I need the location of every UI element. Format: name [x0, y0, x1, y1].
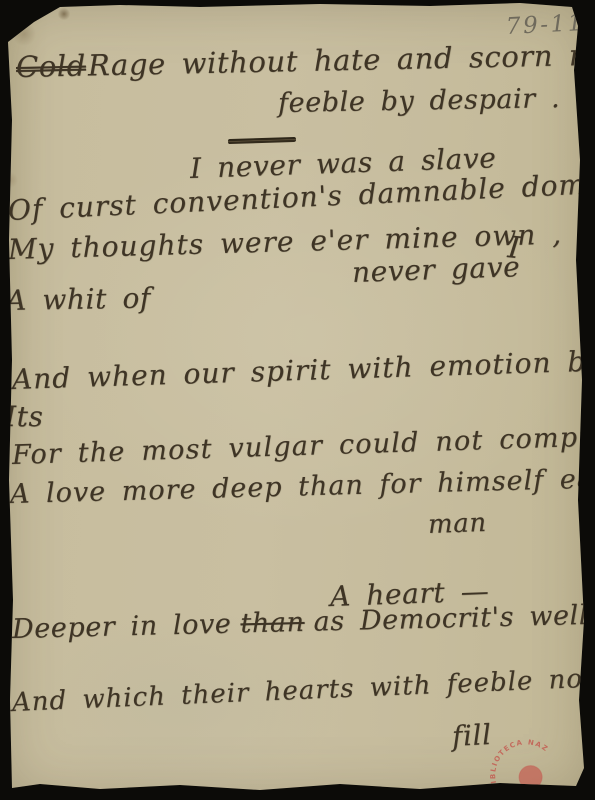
stamp-seal: [517, 763, 545, 791]
manuscript-line: Deeper in lovethanas Democrit's well: [12, 600, 589, 645]
manuscript-line: ColdRage without hate and scorn made: [16, 37, 595, 84]
crossed-out-word: than: [240, 607, 305, 640]
line-text: Rage without hate and scorn made: [88, 37, 595, 83]
line-text: as Democrit's well: [313, 600, 588, 638]
manuscript-line: Its: [5, 400, 43, 433]
manuscript-line: A whit of: [6, 281, 151, 317]
manuscript-line: A love more deep than for himself each: [10, 463, 595, 510]
manuscript-line: never gave: [351, 250, 520, 289]
stamp-arc-text: BIBLIOTECA NAZ: [481, 732, 557, 792]
crossed-out-word: Cold: [16, 49, 87, 84]
manuscript-paper: 79-11 ColdRage without hate and scorn ma…: [0, 0, 595, 800]
manuscript-line: feeble by despair .: [278, 83, 561, 119]
manuscript-line: And which their hearts with feeble nothi…: [11, 660, 595, 718]
manuscript-line: And when our spirit with emotion bends: [11, 343, 595, 396]
section-divider: [228, 137, 296, 144]
archival-number: 79-11: [505, 10, 585, 40]
svg-text:BIBLIOTECA NAZ: BIBLIOTECA NAZ: [481, 732, 557, 792]
line-text: Deeper in love: [12, 609, 232, 645]
manuscript-line: For the most vulgar could not comprehend: [12, 419, 595, 471]
scanned-manuscript: 79-11 ColdRage without hate and scorn ma…: [0, 0, 595, 800]
manuscript-line: man: [427, 508, 487, 540]
library-stamp: BIBLIOTECA NAZ: [480, 727, 573, 800]
